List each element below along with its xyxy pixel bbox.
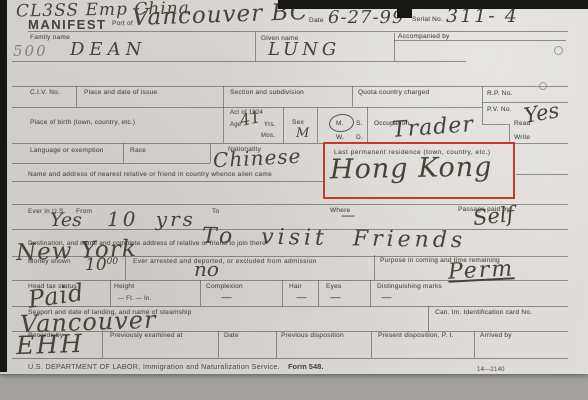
money-dollars: 10 (85, 255, 107, 275)
rule-line (283, 107, 284, 143)
quota-country-label: Quota country charged (358, 89, 429, 96)
nearest-relative-label: Name and address of nearest relative or … (28, 171, 272, 178)
eyes-dash: — (330, 292, 341, 303)
rule-line (352, 86, 353, 107)
rule-line (370, 280, 371, 306)
place-date-issue-label: Place and date of issue (84, 89, 157, 96)
handwritten-destination-contact: To visit Friends (202, 226, 467, 253)
rule-line (218, 331, 219, 358)
mos-label: Mos. (261, 133, 275, 139)
marital-s-label: S. (356, 120, 363, 127)
rule-line (367, 107, 368, 143)
rule-line (12, 358, 568, 359)
handwritten-where-dash: — (341, 209, 355, 223)
rule-line (482, 124, 509, 125)
complexion-dash: — (221, 292, 232, 303)
handwritten-passage-paid: Self (472, 204, 515, 229)
punch-hole-mark (554, 46, 563, 55)
handwritten-head-tax: Paid (27, 280, 86, 312)
civ-no-label: C.I.V. No. (30, 89, 60, 96)
rule-line (374, 255, 375, 280)
section-subdivision-label: Section and subdivision (230, 89, 304, 96)
money-cents: 00 (107, 257, 118, 267)
rule-line (371, 331, 372, 358)
to-label: To (212, 208, 219, 215)
handwritten-age: 41 (239, 109, 262, 129)
family-name-label: Family name (30, 34, 70, 41)
handwritten-occupation: Trader (391, 114, 474, 142)
present-disposition-label: Present disposition, P. I. (378, 332, 454, 339)
complexion-label: Complexion (206, 283, 243, 290)
port-label: Port of (112, 20, 133, 27)
rule-line (474, 331, 475, 358)
rule-line (12, 181, 323, 182)
rule-line (12, 107, 482, 108)
handwritten-date: 6-27-99 (328, 9, 404, 27)
manifest-document-scan: CL3SS Emp China MANIFEST Port of Vancouv… (0, 0, 588, 400)
sex-label: Sex (292, 119, 304, 126)
rule-line (394, 40, 566, 41)
highlight-box-last-residence: Last permanent residence (town, country,… (323, 142, 515, 199)
marital-w-label: W. (336, 134, 344, 141)
ever-arrested-label: Ever arrested and deported, or excluded … (133, 258, 317, 265)
film-edge-top (278, 0, 588, 9)
film-edge-left (0, 0, 7, 372)
print-code: 14—2140 (477, 367, 505, 373)
handwritten-money: 1000 (85, 257, 118, 274)
rule-line (428, 306, 429, 331)
rule-line (282, 280, 283, 306)
handwritten-nationality: Chinese (213, 146, 302, 171)
rule-line (516, 174, 568, 175)
eyes-label: Eyes (326, 283, 341, 290)
punch-hole-mark (539, 82, 547, 90)
marks-dash: — (381, 292, 392, 303)
handwritten-given-name: LUNG (268, 41, 340, 59)
film-edge-tab (397, 0, 412, 18)
handwritten-destination-city: New York (16, 238, 137, 265)
rule-line (276, 331, 277, 358)
rule-line (255, 32, 256, 61)
rule-line (210, 143, 211, 163)
agency-imprint: U.S. DEPARTMENT OF LABOR, Immigration an… (28, 362, 280, 371)
rule-line (318, 280, 319, 306)
handwritten-arrested: no (194, 259, 219, 279)
rule-line (509, 124, 510, 143)
language-exemption-label: Language or exemption (30, 147, 104, 154)
record-date-label: Date (224, 332, 239, 339)
pv-no-label: P.V. No. (487, 106, 512, 113)
can-im-card-label: Can. Im. Identification card No. (435, 309, 532, 316)
previous-disposition-label: Previous disposition (281, 332, 344, 339)
form-number: Form 548. (288, 362, 323, 371)
rule-line (12, 86, 568, 87)
date-label: Date (309, 17, 324, 24)
rule-line (482, 86, 483, 124)
rule-line (12, 163, 210, 164)
rule-line (317, 107, 318, 143)
accompanied-by-label: Accompanied by (398, 33, 450, 40)
height-units: — Ft. — In. (118, 296, 151, 302)
handwritten-last-residence: Hong Kong (330, 154, 493, 184)
rule-line (223, 86, 224, 143)
handwritten-purpose: Perm (447, 258, 514, 283)
rp-no-label: R.P. No. (487, 90, 513, 97)
marital-d-label: D. (356, 134, 363, 141)
hair-dash: — (296, 292, 307, 303)
handwritten-sex: M (296, 127, 309, 140)
place-of-birth-label: Place of birth (town, country, etc.) (30, 119, 135, 126)
rule-line (12, 61, 466, 62)
handwritten-records-initials: EHH (16, 331, 85, 358)
handwritten-file-number: 500 (13, 44, 48, 59)
rule-line (110, 280, 111, 306)
serial-label: Serial No. (412, 16, 443, 23)
form-footer: U.S. DEPARTMENT OF LABOR, Immigration an… (28, 362, 323, 371)
yrs-label: Yrs. (264, 122, 276, 128)
distinguishing-marks-label: Distinguishing marks (377, 283, 442, 290)
arrived-by-label: Arrived by (480, 332, 512, 339)
rule-line (394, 33, 395, 61)
hair-label: Hair (289, 283, 302, 290)
write-label: Write (514, 134, 530, 141)
handwritten-from-duration: 10 yrs (107, 209, 196, 229)
rule-line (76, 86, 77, 107)
race-label: Race (130, 147, 146, 154)
handwritten-serial: 311- 4 (446, 7, 519, 26)
handwritten-ever-in-us: Yes (50, 211, 82, 230)
rule-line (200, 280, 201, 306)
rule-line (123, 143, 124, 163)
height-label: Height (114, 283, 134, 290)
rule-line (28, 31, 568, 32)
handwritten-family-name: DEAN (70, 41, 146, 59)
